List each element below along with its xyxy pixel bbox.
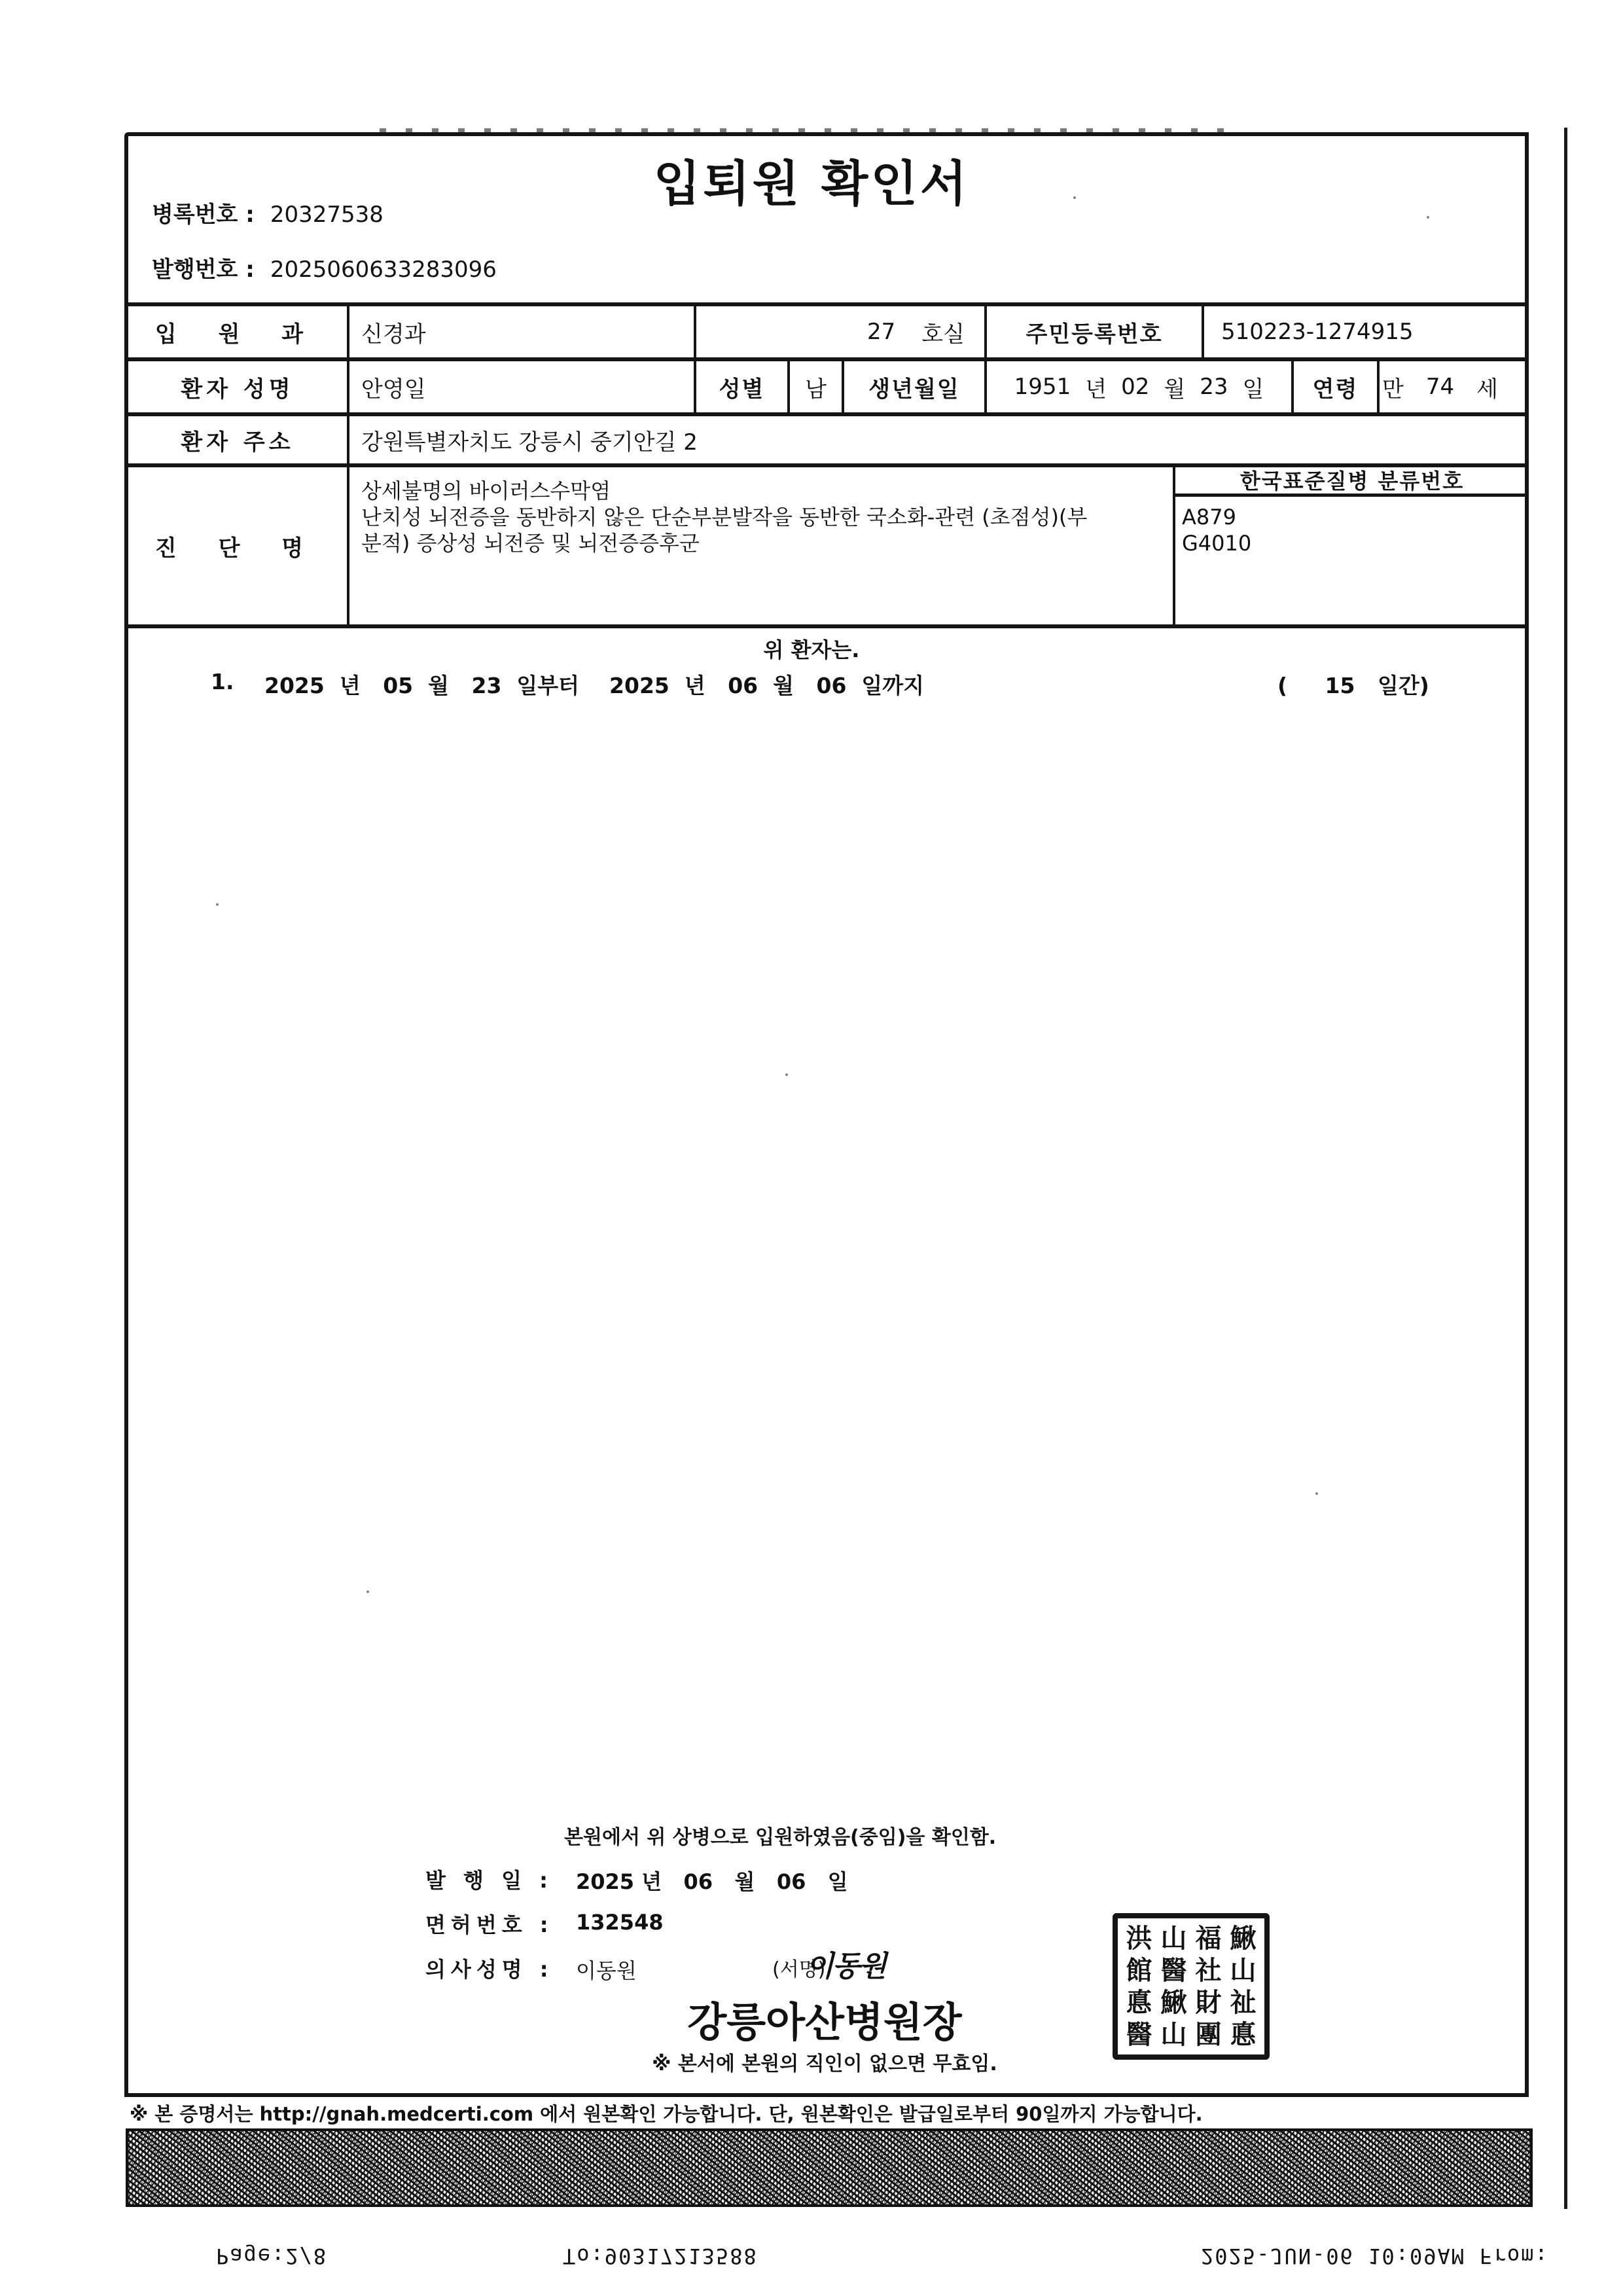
kcd-codes: A879 G4010 [1182,504,1251,556]
issue-month: 06 [684,1869,713,1894]
from-year: 2025 [264,673,325,698]
days-suffix: 일간) [1378,673,1429,698]
year-unit: 년 [340,673,361,698]
issue-date: 2025 년 06 월 06 일 [576,1865,848,1895]
address-label: 환자 주소 [128,416,347,463]
stay-days: ( 15 일간) [1277,669,1429,700]
month-unit: 월 [773,673,794,698]
seal-char: 團 [1191,2018,1226,2051]
stay-heading: 위 환자는. [0,634,1623,664]
to-year: 2025 [609,673,669,698]
birth-month-unit: 월 [1164,371,1185,403]
birth-day: 23 [1200,374,1228,400]
from-suffix: 일부터 [516,673,579,698]
seal-char: 悳 [1122,1986,1156,2018]
address-value: 강원특별자치도 강릉시 중기안길 2 [361,416,1474,463]
issue-number: 발행번호 :2025060633283096 [152,251,497,283]
record-number-label: 병록번호 : [152,202,255,228]
kcd-code-header: 한국표준질병 분류번호 [1175,466,1529,493]
from-month: 05 [383,673,413,698]
fax-to: To:90317213588 [563,2244,758,2269]
birth-date: 1951 년 02 월 23 일 [987,361,1291,412]
doctor-label: 의사성명 : [425,1953,554,1983]
age-unit: 세 [1476,371,1498,403]
kcd-code: G4010 [1182,530,1251,556]
seal-warning: ※ 본서에 본원의 직인이 없으면 무효임. [0,2047,1623,2076]
diagnosis-line: 분적) 증상성 뇌전증 및 뇌전증증후군 [361,530,1160,556]
record-number: 병록번호 :20327538 [152,196,383,228]
to-month: 06 [728,673,758,698]
seal-char: 鰍 [1226,1922,1260,1954]
seal-char: 悳 [1226,2018,1260,2051]
table-col-rule [1377,357,1380,416]
license-number: 132548 [576,1910,664,1935]
age-value: 74 [1426,374,1454,400]
department-label: 입 원 과 [128,306,347,357]
diagnosis-text: 상세불명의 바이러스수막염 난치성 뇌전증을 동반하지 않은 단순부분발작을 동… [361,478,1160,556]
scan-speck [1315,1492,1318,1495]
month-unit: 월 [735,1869,755,1894]
name-value: 안영일 [361,361,688,412]
issue-date-label: 발 행 일 : [425,1864,553,1894]
handwritten-signature: 이동원 [806,1950,885,1983]
doctor-name: 이동원 [576,1954,637,1984]
seal-char: 醫 [1122,2018,1156,2051]
days-value: 15 [1325,673,1355,698]
department-value: 신경과 [361,306,688,357]
table-rule [124,624,1529,628]
seal-char: 醫 [1156,1954,1191,1986]
birth-month: 02 [1121,374,1149,400]
days-open: ( [1277,673,1287,698]
seal-char: 山 [1226,1954,1260,1986]
anti-copy-pattern [126,2128,1533,2207]
day-unit: 일 [828,1869,848,1894]
month-unit: 월 [428,673,449,698]
hospital-director: 강릉아산병원장 [0,1990,1623,2048]
year-unit: 년 [641,1869,662,1894]
room-number: 27 [867,319,895,345]
signature-area: (서명)이동원 [772,1943,885,1984]
age-prefix: 만 [1382,371,1404,403]
scan-speck [1427,216,1429,219]
year-unit: 년 [685,673,705,698]
birth-year-unit: 년 [1085,371,1107,403]
scan-speck [366,1590,369,1593]
room-suffix: 호실 [921,316,965,348]
sex-value: 남 [790,361,842,412]
age: 만 74 세 [1382,361,1526,412]
fax-page: Page:2/8 [216,2244,327,2269]
birth-day-unit: 일 [1242,371,1264,403]
diagnosis-label: 진 단 명 [128,467,347,624]
seal-char: 社 [1191,1954,1226,1986]
seal-char: 山 [1156,2018,1191,2051]
to-day: 06 [817,673,847,698]
scan-speck [216,903,219,906]
stay-index: 1. [211,669,234,694]
room: 27 호실 [696,306,984,357]
table-col-rule [1202,302,1204,361]
scan-speck [785,1073,788,1076]
verification-notice: ※ 본 증명서는 http://gnah.medcerti.com 에서 원본확… [130,2100,1203,2126]
record-number-value: 20327538 [270,202,383,228]
seal-char: 洪 [1122,1922,1156,1954]
age-label: 연령 [1294,361,1377,412]
seal-char: 山 [1156,1922,1191,1954]
stay-period: 2025 년 05 월 23 일부터 2025 년 06 월 06 일까지 [264,669,924,700]
page-edge-line [1564,128,1567,2209]
official-seal-icon: 洪 山 福 鰍 館 醫 社 山 悳 鰍 財 祉 醫 山 團 悳 [1113,1913,1270,2060]
seal-char: 鰍 [1156,1986,1191,2018]
to-suffix: 일까지 [861,673,924,698]
diagnosis-line: 상세불명의 바이러스수막염 [361,478,1160,504]
issue-number-value: 2025060633283096 [270,257,497,283]
table-col-rule [347,302,349,628]
sex-label: 성별 [696,361,787,412]
issue-number-label: 발행번호 : [152,257,255,283]
diagnosis-line: 난치성 뇌전증을 동반하지 않은 단순부분발작을 동반한 국소화-관련 (초점성… [361,504,1160,530]
confirmation-statement: 본원에서 위 상병으로 입원하였음(중임)을 확인함. [564,1821,996,1850]
issue-year: 2025 [576,1869,634,1894]
kcd-code: A879 [1182,504,1251,530]
fax-timestamp: 2025-JUN-06 10:09AM From: [1201,2244,1549,2269]
seal-char: 財 [1191,1986,1226,2018]
birth-label: 생년월일 [844,361,984,412]
birth-year: 1951 [1014,374,1071,400]
from-day: 23 [471,673,501,698]
license-label: 면허번호 : [425,1909,554,1939]
seal-char: 祉 [1226,1986,1260,2018]
name-label: 환자 성명 [128,361,347,412]
issue-day: 06 [777,1869,806,1894]
scan-speck [1073,196,1076,199]
seal-char: 福 [1191,1922,1226,1954]
rrn-label: 주민등록번호 [987,306,1202,357]
rrn-value: 510223-1274915 [1221,306,1522,357]
seal-char: 館 [1122,1954,1156,1986]
